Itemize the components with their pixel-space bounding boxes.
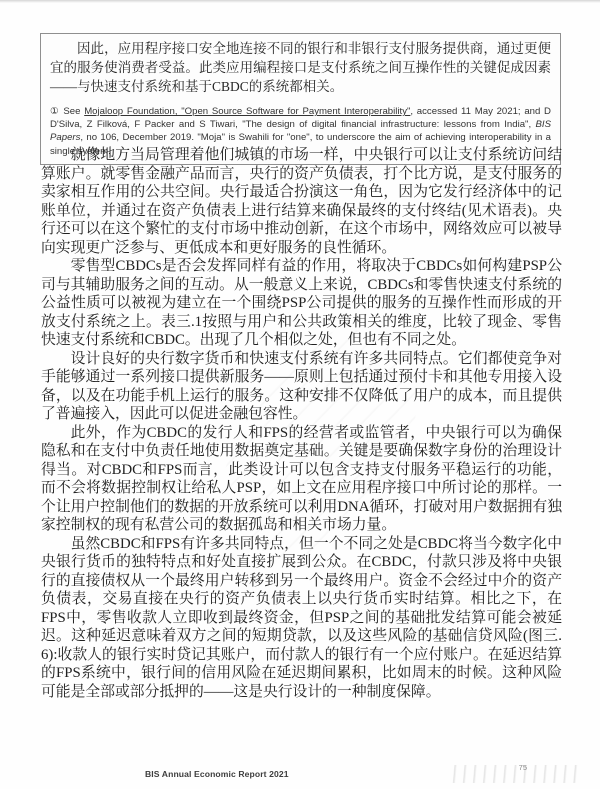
footnote-marker: ① See <box>50 106 84 117</box>
body-paragraph-1: 就像地方当局管理着他们城镇的市场一样，中央银行可以让支付系统访问结算账户。就零售… <box>41 146 562 257</box>
footer-page-number: 75 <box>519 763 527 772</box>
page-footer: BIS Annual Economic Report 2021 75 <box>0 765 600 781</box>
article-body: 就像地方当局管理着他们城镇的市场一样，中央银行可以让支付系统访问结算账户。就零售… <box>41 146 562 701</box>
scan-edge-artifact <box>0 0 600 3</box>
footnote-citation-link[interactable]: Mojaloop Foundation, "Open Source Softwa… <box>84 106 410 117</box>
body-paragraph-2: 零售型CBDCs是否会发挥同样有益的作用，将取决于CBDCs如何构建PSP公司与… <box>41 257 562 350</box>
footer-report-title: BIS Annual Economic Report 2021 <box>145 769 289 779</box>
callout-text: 因此，应用程序接口安全地连接不同的银行和非银行支付服务提供商，通过更便宜的服务使… <box>50 39 551 96</box>
body-paragraph-5: 虽然CBDC和FPS有许多共同特点，但一个不同之处是CBDC将当今数字化中央银行… <box>41 535 562 702</box>
body-paragraph-3: 设计良好的央行数字货币和快速支付系统有许多共同特点。它们都使竞争对手能够通过一系… <box>41 350 562 424</box>
document-page: 因此，应用程序接口安全地连接不同的银行和非银行支付服务提供商，通过更便宜的服务使… <box>0 0 600 789</box>
body-paragraph-4: 此外，作为CBDC的发行人和FPS的经营者或监管者，中央银行可以为确保隐私和在支… <box>41 424 562 535</box>
